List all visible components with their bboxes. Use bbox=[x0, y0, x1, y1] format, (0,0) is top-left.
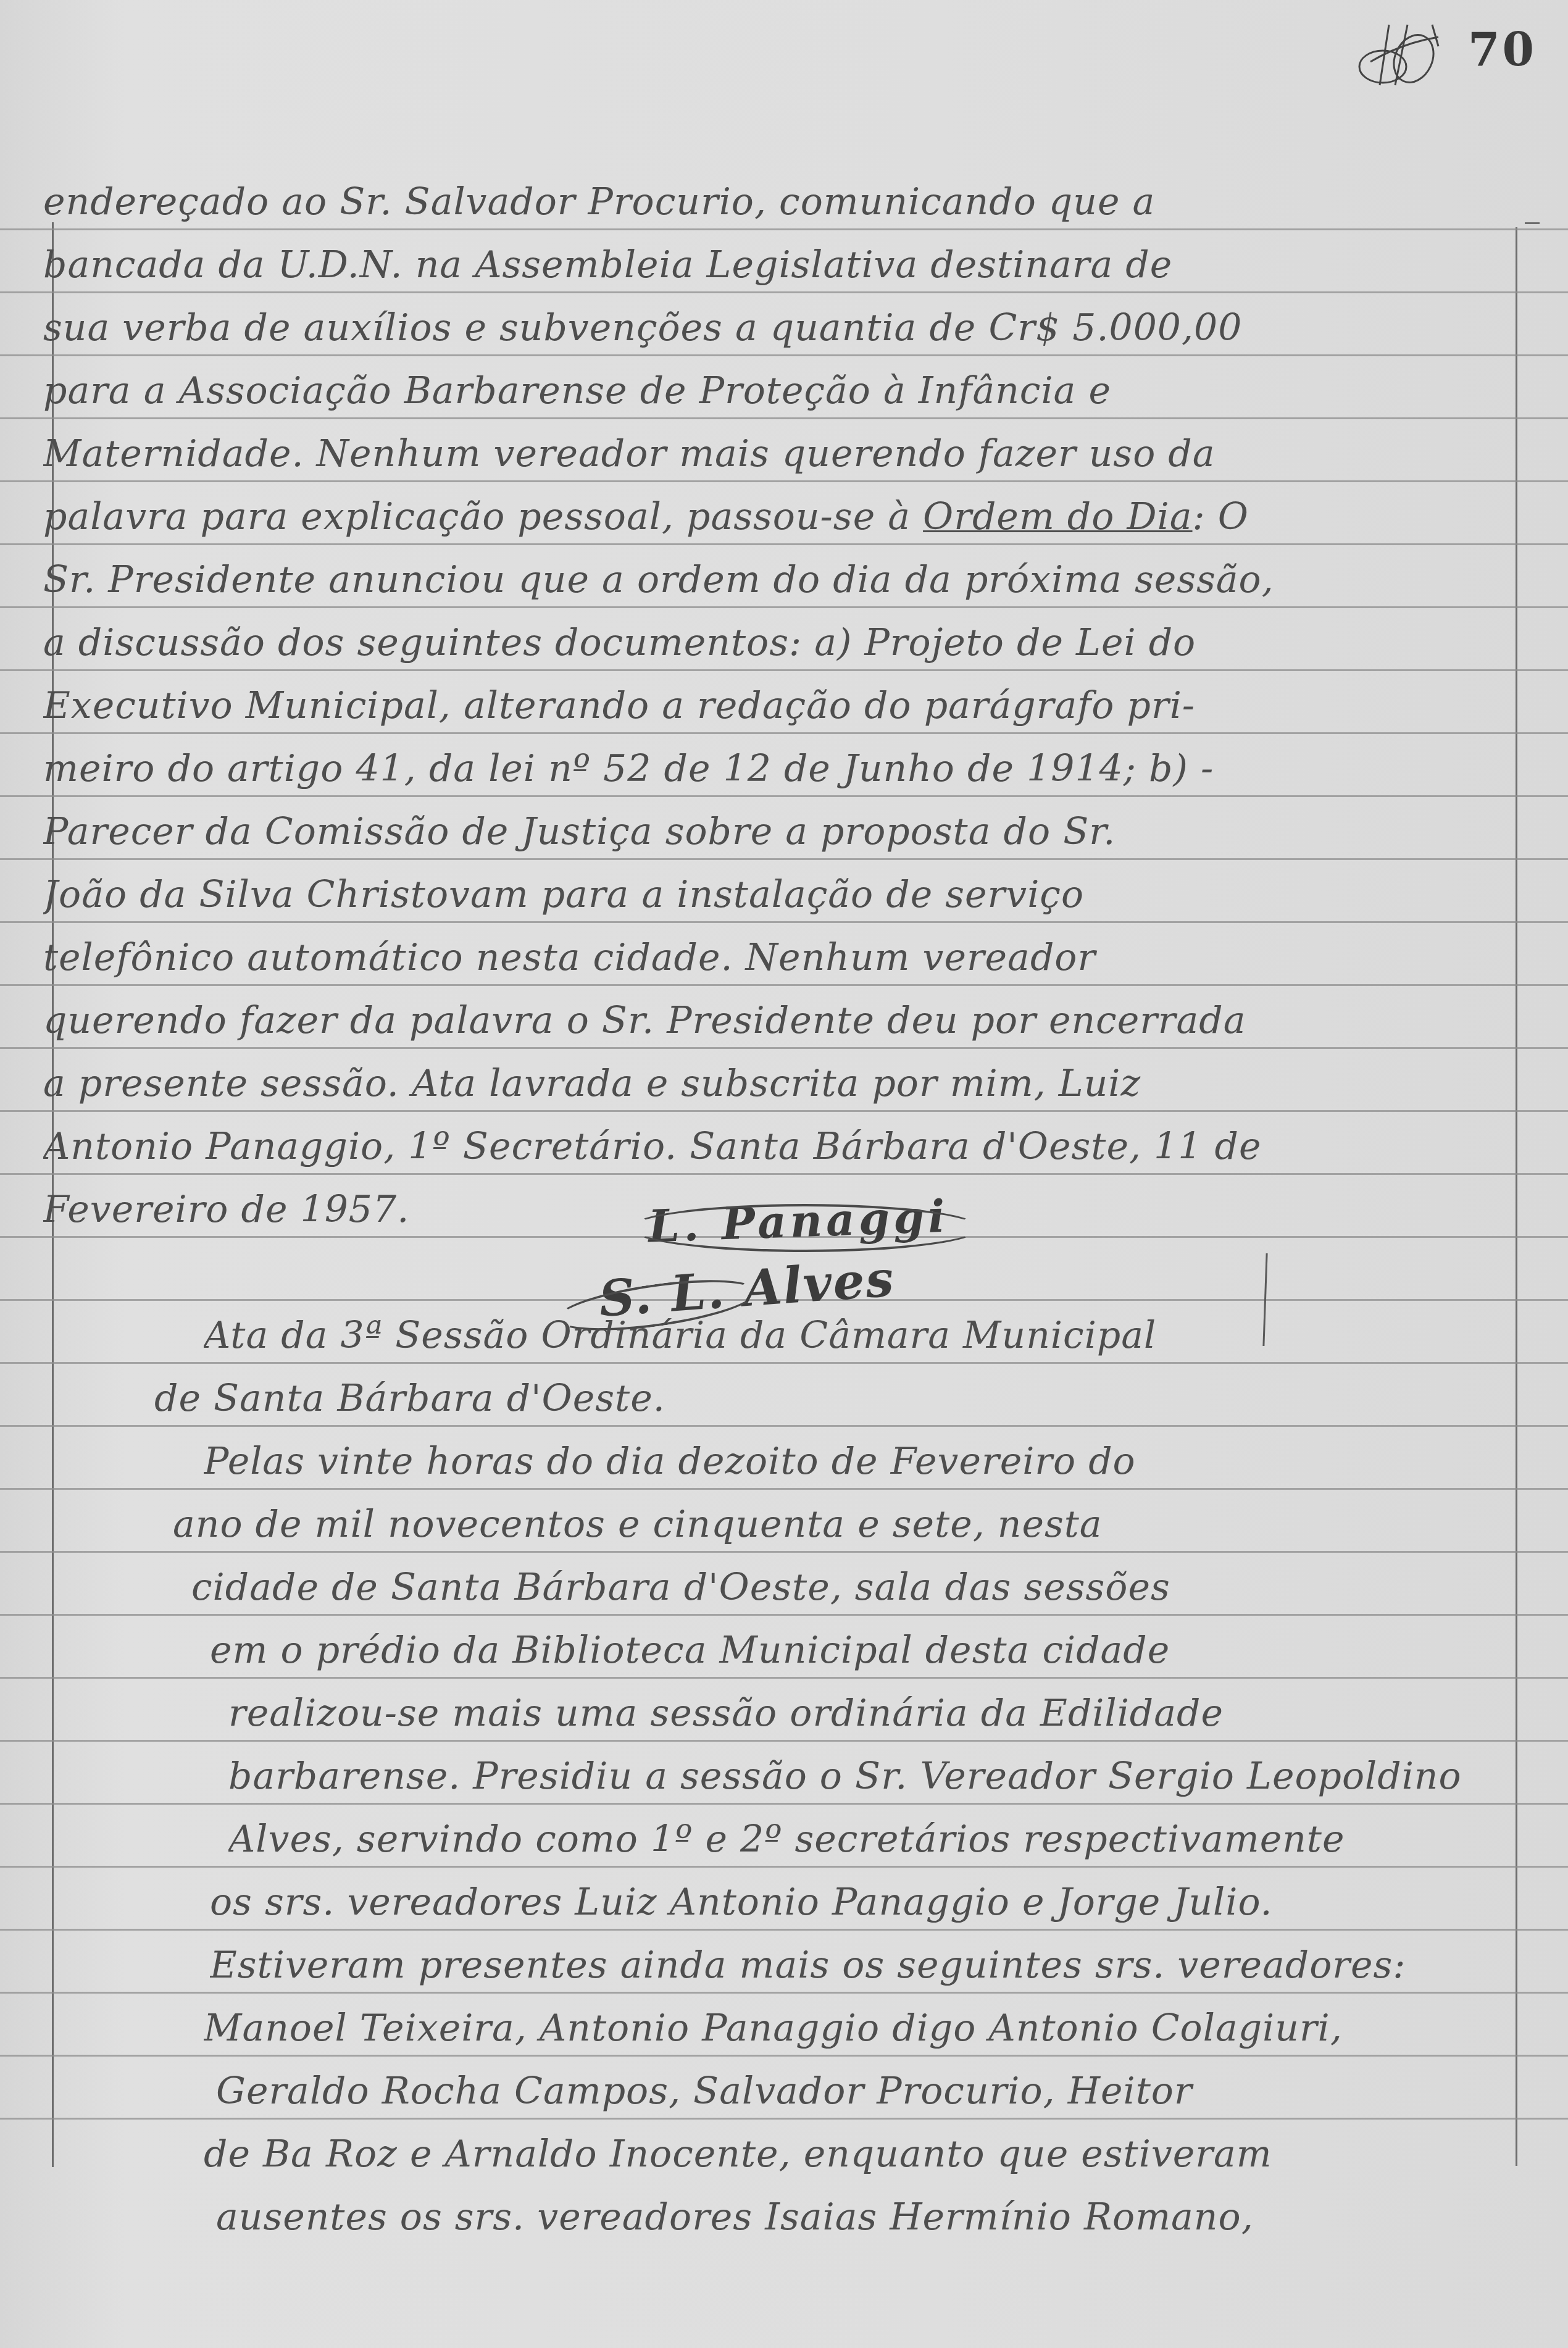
text-line: Parecer da Comissão de Justiça sobre a p… bbox=[43, 810, 1519, 853]
minutes-title: Ata da 3ª Sessão Ordinária da Câmara Mun… bbox=[204, 1314, 1512, 1357]
ordem-do-dia-heading: Ordem do Dia bbox=[923, 495, 1192, 538]
ruled-line bbox=[0, 354, 1568, 356]
text-line: a discussão dos seguintes documentos: a)… bbox=[43, 621, 1519, 664]
text-line: querendo fazer da palavra o Sr. Presiden… bbox=[43, 999, 1519, 1042]
text-line: Geraldo Rocha Campos, Salvador Procurio,… bbox=[216, 2070, 1568, 2113]
ruled-line bbox=[0, 1488, 1568, 1490]
text-line: telefônico automático nesta cidade. Nenh… bbox=[43, 936, 1519, 979]
ruled-line bbox=[0, 2055, 1568, 2057]
ruled-line bbox=[0, 921, 1568, 923]
ledger-page: 70 endereçado ao Sr. Salvador Procurio, … bbox=[0, 0, 1568, 2348]
text-line: Antonio Panaggio, 1º Secretário. Santa B… bbox=[43, 1125, 1519, 1168]
ruled-line bbox=[0, 1740, 1568, 1742]
text-line: Pelas vinte horas do dia dezoito de Feve… bbox=[204, 1440, 1512, 1483]
ruled-line bbox=[0, 291, 1568, 293]
text-segment: : O bbox=[1193, 495, 1249, 538]
text-line: Alves, servindo como 1º e 2º secretários… bbox=[228, 1818, 1568, 1861]
ruled-line bbox=[0, 669, 1568, 671]
margin-tick bbox=[1525, 222, 1540, 224]
text-line: a presente sessão. Ata lavrada e subscri… bbox=[43, 1062, 1519, 1105]
ruled-line bbox=[0, 606, 1568, 608]
ruled-line bbox=[0, 1362, 1568, 1364]
ruled-line bbox=[0, 858, 1568, 860]
text-line: de Ba Roz e Arnaldo Inocente, enquanto q… bbox=[204, 2133, 1568, 2176]
ruled-line bbox=[0, 480, 1568, 482]
text-line: Maternidade. Nenhum vereador mais queren… bbox=[43, 432, 1519, 475]
ruled-line bbox=[0, 984, 1568, 986]
ruled-line bbox=[0, 417, 1568, 419]
ruled-line bbox=[0, 1992, 1568, 1994]
ruled-line bbox=[0, 1866, 1568, 1868]
ruled-line bbox=[0, 732, 1568, 734]
ruled-line bbox=[0, 1803, 1568, 1805]
text-line: cidade de Santa Bárbara d'Oeste, sala da… bbox=[191, 1566, 1568, 1609]
ruled-line bbox=[0, 1614, 1568, 1616]
text-line: Sr. Presidente anunciou que a ordem do d… bbox=[43, 558, 1519, 601]
text-line: barbarense. Presidiu a sessão o Sr. Vere… bbox=[228, 1755, 1568, 1798]
text-segment: palavra para explicação pessoal, passou-… bbox=[43, 495, 923, 538]
text-line: para a Associação Barbarense de Proteção… bbox=[43, 369, 1519, 412]
ruled-line bbox=[0, 795, 1568, 797]
text-line: meiro do artigo 41, da lei nº 52 de 12 d… bbox=[43, 747, 1519, 790]
signature-flourish bbox=[630, 1204, 980, 1252]
text-line: realizou-se mais uma sessão ordinária da… bbox=[228, 1692, 1568, 1735]
text-line: Executivo Municipal, alterando a redação… bbox=[43, 684, 1519, 727]
text-line: em o prédio da Biblioteca Municipal dest… bbox=[210, 1629, 1568, 1672]
page-number: 70 bbox=[1468, 23, 1537, 77]
text-line: Estiveram presentes ainda mais os seguin… bbox=[210, 1944, 1568, 1987]
ruled-line bbox=[0, 228, 1568, 230]
ruled-line bbox=[0, 2118, 1568, 2120]
text-line: bancada da U.D.N. na Assembleia Legislat… bbox=[43, 243, 1519, 286]
ruled-line bbox=[0, 1677, 1568, 1679]
ruled-line bbox=[0, 1110, 1568, 1112]
ruled-line bbox=[0, 1551, 1568, 1553]
text-line: ano de mil novecentos e cinquenta e sete… bbox=[173, 1503, 1568, 1546]
ruled-line bbox=[0, 543, 1568, 545]
ruled-line bbox=[0, 1425, 1568, 1427]
text-line: os srs. vereadores Luiz Antonio Panaggio… bbox=[210, 1881, 1568, 1924]
text-line: ausentes os srs. vereadores Isaias Hermí… bbox=[216, 2196, 1568, 2239]
text-line: João da Silva Christovam para a instalaç… bbox=[43, 873, 1519, 916]
text-line: sua verba de auxílios e subvenções a qua… bbox=[43, 306, 1519, 349]
text-line: Manoel Teixeira, Antonio Panaggio digo A… bbox=[204, 2007, 1568, 2050]
ruled-line bbox=[0, 1929, 1568, 1931]
minutes-title: de Santa Bárbara d'Oeste. bbox=[154, 1377, 1568, 1420]
text-line: endereçado ao Sr. Salvador Procurio, com… bbox=[43, 180, 1519, 224]
ruled-line bbox=[0, 1173, 1568, 1175]
rubric-initials-icon bbox=[1346, 12, 1460, 86]
ruled-line bbox=[0, 1047, 1568, 1049]
text-line: palavra para explicação pessoal, passou-… bbox=[43, 495, 1519, 538]
